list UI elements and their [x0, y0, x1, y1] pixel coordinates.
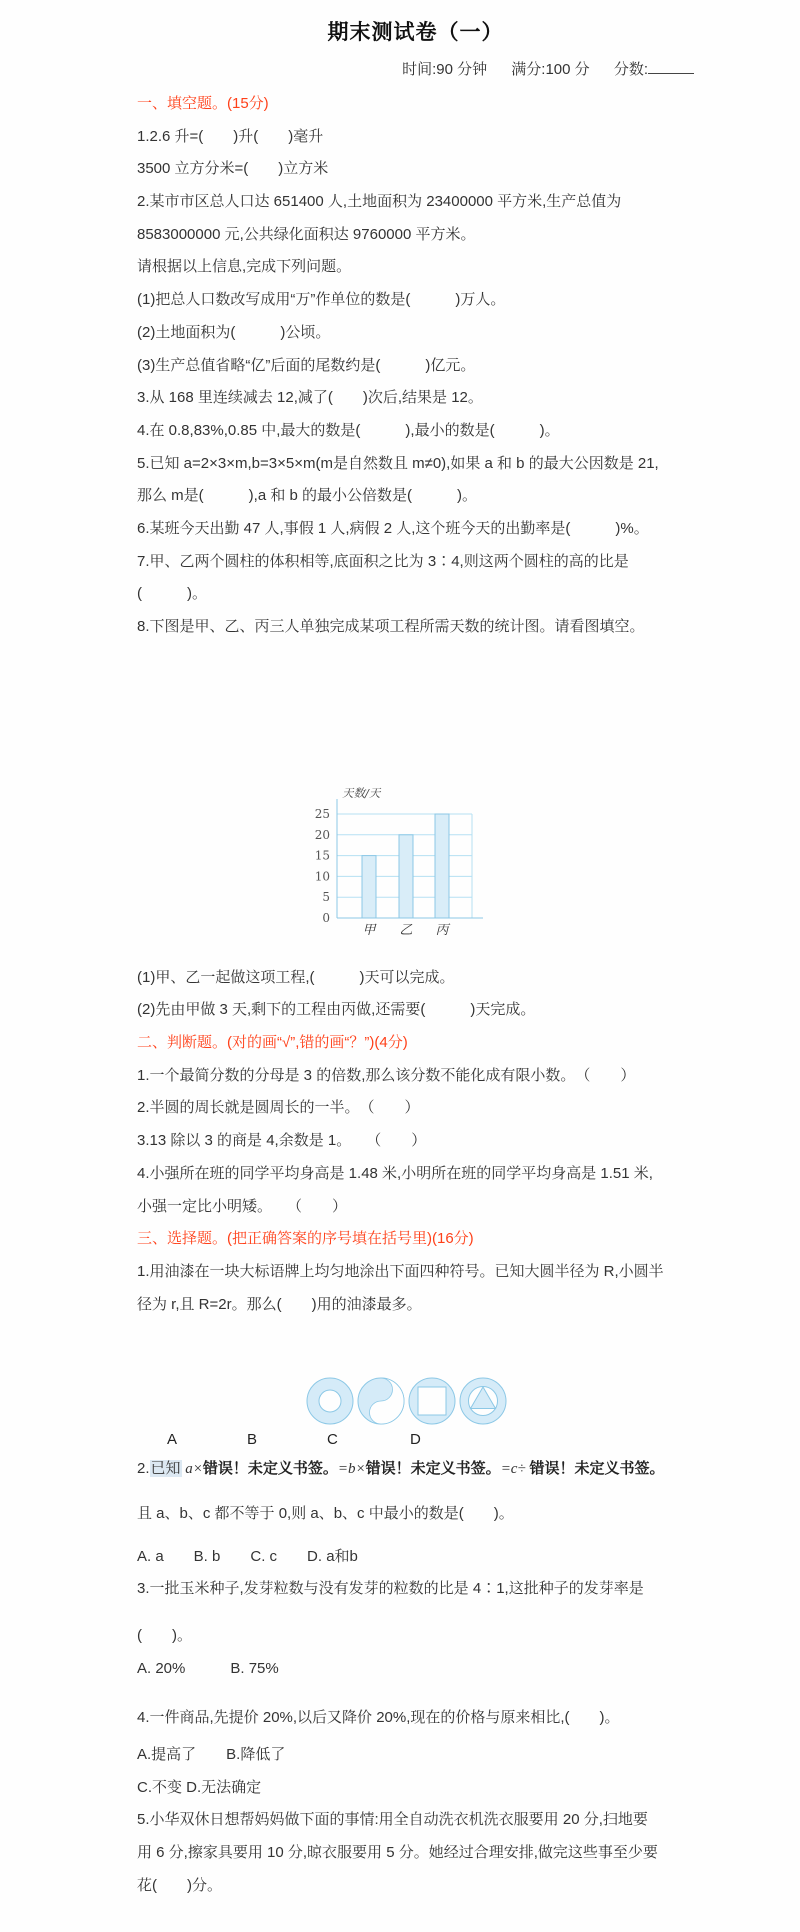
q2-error-bookmark: 错误！未定义书签。	[366, 1460, 501, 1477]
score-blank	[648, 58, 694, 74]
fill-blank-line: 4.在 0.8,83%,0.85 中,最大的数是( ),最小的数是( )。	[137, 415, 694, 448]
exam-title: 期末测试卷（一）	[137, 14, 694, 52]
fill-blank-line: (3)生产总值省略“亿”后面的尾数约是( )亿元。	[137, 350, 694, 383]
meta-time: 时间:90 分钟	[402, 61, 487, 78]
choice-q2-options: A. a B. b C. c D. a和b	[137, 1541, 694, 1574]
choice-q4-options: C.不变 D.无法确定	[137, 1772, 694, 1805]
exam-meta-line: 时间:90 分钟 满分:100 分 分数:	[137, 52, 694, 88]
section-2-heading: 二、判断题。(对的画“√”,错的画“？”)(4分)	[137, 1027, 694, 1060]
judge-line: 3.13 除以 3 的商是 4,余数是 1。 （ ）	[137, 1125, 694, 1158]
fill-blank-line: 1.2.6 升=( )升( )毫升	[137, 121, 694, 154]
choice-q3-line: 3.一批玉米种子,发芽粒数与没有发芽的粒数的比是 4∶1,这批种子的发芽率是	[137, 1573, 694, 1606]
paint-symbols-row	[137, 1375, 694, 1427]
fill-blank-line: (1)甲、乙一起做这项工程,( )天可以完成。	[137, 962, 694, 995]
choice-q3-line: ( )。	[137, 1620, 694, 1653]
choice-q5-line: 花( )分。	[137, 1870, 694, 1903]
q2-known-field: 已知	[150, 1460, 182, 1477]
fill-blank-line: 3500 立方分米=( )立方米	[137, 153, 694, 186]
svg-text:乙: 乙	[399, 923, 412, 938]
option-label-c: C	[327, 1427, 338, 1453]
svg-text:丙: 丙	[435, 923, 450, 938]
fill-blank-line: 8.下图是甲、乙、丙三人单独完成某项工程所需天数的统计图。请看图填空。	[137, 611, 694, 644]
choice-q5-line: 5.小华双休日想帮妈妈做下面的事情:用全自动洗衣机洗衣服要用 20 分,扫地要	[137, 1804, 694, 1837]
exam-paper-page: 期末测试卷（一） 时间:90 分钟 满分:100 分 分数: 一、填空题。(15…	[0, 0, 800, 1903]
fill-blank-line: 8583000000 元,公共绿化面积达 9760000 平方米。	[137, 219, 694, 252]
meta-full-score: 满分:100 分	[511, 61, 589, 78]
fill-blank-line: 5.已知 a=2×3×m,b=3×5×m(m是自然数且 m≠0),如果 a 和 …	[137, 448, 694, 481]
square-in-circle-symbol-icon	[407, 1375, 457, 1427]
fill-blank-line: 请根据以上信息,完成下列问题。	[137, 251, 694, 284]
yinyang-circle-symbol-icon	[356, 1375, 406, 1427]
choice-q5-line: 用 6 分,擦家具要用 10 分,晾衣服要用 5 分。她经过合理安排,做完这些事…	[137, 1837, 694, 1870]
fill-blank-line: (2)先由甲做 3 天,剩下的工程由丙做,还需要( )天完成。	[137, 994, 694, 1027]
choice-q2-line: 且 a、b、c 都不等于 0,则 a、b、c 中最小的数是( )。	[137, 1498, 694, 1531]
choice-q1-line: 径为 r,且 R=2r。那么( )用的油漆最多。	[137, 1289, 694, 1322]
choice-q4-line: 4.一件商品,先提价 20%,以后又降价 20%,现在的价格与原来相比,( )。	[137, 1702, 694, 1735]
judge-line: 1.一个最简分数的分母是 3 的倍数,那么该分数不能化成有限小数。 （ ）	[137, 1060, 694, 1093]
svg-text:甲: 甲	[362, 923, 377, 938]
choice-q1-line: 1.用油漆在一块大标语牌上均匀地涂出下面四种符号。已知大圆半径为 R,小圆半	[137, 1256, 694, 1289]
q2-var-seg: =b×	[338, 1461, 366, 1477]
q2-var-seg: =c÷	[501, 1461, 530, 1477]
fill-blank-line: ( )。	[137, 578, 694, 611]
fill-blank-line: (1)把总人口数改写成用“万”作单位的数是( )万人。	[137, 284, 694, 317]
fill-blank-line: (2)土地面积为( )公顷。	[137, 317, 694, 350]
fill-blank-line: 7.甲、乙两个圆柱的体积相等,底面积之比为 3∶4,则这两个圆柱的高的比是	[137, 546, 694, 579]
svg-text:20: 20	[315, 827, 330, 841]
section-1-heading: 一、填空题。(15分)	[137, 88, 694, 121]
choice-q2-line: 2.已知 a×错误！未定义书签。=b×错误！未定义书签。=c÷ 错误！未定义书签…	[137, 1453, 694, 1486]
section-3-heading: 三、选择题。(把正确答案的序号填在括号里)(16分)	[137, 1223, 694, 1256]
svg-text:天数/天: 天数/天	[342, 786, 382, 800]
work-days-chart-block: 0510152025天数/天甲乙丙	[137, 644, 694, 962]
judge-line: 2.半圆的周长就是圆周长的一半。 （ ）	[137, 1092, 694, 1125]
symbol-labels-row: A B C D	[137, 1427, 694, 1453]
q2-error-bookmark: 错误！未定义书签。	[203, 1460, 338, 1477]
judge-line: 4.小强所在班的同学平均身高是 1.48 米,小明所在班的同学平均身高是 1.5…	[137, 1158, 694, 1191]
triangle-in-circle-symbol-icon	[458, 1375, 508, 1427]
svg-text:5: 5	[322, 890, 330, 904]
svg-text:25: 25	[315, 807, 330, 821]
svg-text:15: 15	[315, 848, 330, 862]
work-days-bar-chart: 0510152025天数/天甲乙丙	[295, 786, 495, 938]
svg-text:10: 10	[315, 869, 330, 883]
fill-blank-line: 6.某班今天出勤 47 人,事假 1 人,病假 2 人,这个班今天的出勤率是( …	[137, 513, 694, 546]
ring-in-circle-symbol-icon	[305, 1375, 355, 1427]
fill-blank-line: 2.某市市区总人口达 651400 人,土地面积为 23400000 平方米,生…	[137, 186, 694, 219]
q2-var-seg: a×	[182, 1461, 203, 1477]
q2-prefix: 2.	[137, 1460, 150, 1477]
meta-score-label: 分数:	[614, 61, 648, 78]
choice-q4-options: A.提高了 B.降低了	[137, 1739, 694, 1772]
option-label-b: B	[247, 1427, 257, 1453]
q2-error-bookmark: 错误！未定义书签。	[529, 1460, 664, 1477]
fill-blank-line: 那么 m是( ),a 和 b 的最小公倍数是( )。	[137, 480, 694, 513]
judge-line: 小强一定比小明矮。 （ ）	[137, 1191, 694, 1224]
choice-q3-options: A. 20% B. 75%	[137, 1653, 694, 1686]
option-label-d: D	[410, 1427, 421, 1453]
fill-blank-line: 3.从 168 里连续减去 12,减了( )次后,结果是 12。	[137, 382, 694, 415]
svg-text:0: 0	[322, 911, 330, 925]
option-label-a: A	[167, 1427, 177, 1453]
